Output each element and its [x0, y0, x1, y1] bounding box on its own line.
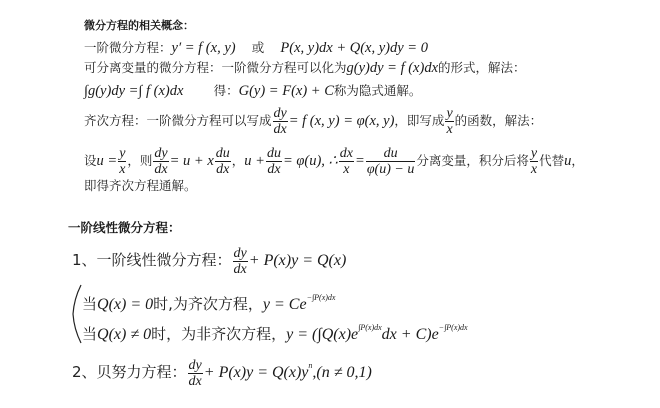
solution-part-b: dx + C)e — [382, 326, 439, 343]
fraction-dx-x: dxx — [339, 146, 354, 177]
exponent: ∫P(x)dx — [358, 323, 382, 332]
homogeneous-ode-line: 齐次方程：一阶微分方程可以写成dydx= f (x, y) = φ(x, y)，… — [84, 106, 542, 137]
step2: u + — [244, 153, 265, 169]
solution: y = Ce — [263, 296, 307, 313]
then-text: ，则 — [127, 153, 152, 168]
tail: 称为隐式通解。 — [334, 83, 422, 98]
equation: y′ = f (x, y) — [172, 40, 236, 56]
separable-ode-line: 可分离变量的微分方程：一阶微分方程可以化为g(y)dy = f (x)dx的形式… — [84, 60, 526, 77]
replace-text: 代替 — [539, 153, 564, 168]
exponent: −∫P(x)dx — [307, 293, 336, 302]
u-eq: u = — [97, 153, 118, 169]
section-title-concepts: 微分方程的相关概念： — [84, 18, 194, 34]
equation: + P(x)y = Q(x) — [249, 252, 347, 269]
when-text: 当 — [82, 295, 97, 313]
separable-solution-line: ∫g(y)dy =∫ f (x)dx 得：G(y) = F(x) + C称为隐式… — [84, 83, 421, 100]
get-text: 得： — [214, 83, 239, 98]
label: 1、一阶线性微分方程： — [72, 251, 232, 269]
fraction-dy-dx: dydx — [233, 246, 248, 277]
separate-text: 分离变量，积分后将 — [416, 153, 529, 168]
tail: 的形式，解法： — [438, 60, 526, 75]
fraction-du-dx: dudx — [215, 146, 231, 177]
fraction-dy-dx: dydx — [153, 146, 168, 177]
exponent: −∫P(x)dx — [439, 323, 468, 332]
fraction-du-phi: duφ(u) − u — [366, 146, 416, 177]
linear-ode-line: 1、一阶线性微分方程：dydx+ P(x)y = Q(x) — [72, 246, 346, 277]
section-title-linear: 一阶线性微分方程： — [68, 220, 181, 236]
first-order-ode-line: 一阶微分方程：y′ = f (x, y) 或 P(x, y)dx + Q(x, … — [84, 40, 428, 57]
step4: = — [355, 153, 365, 169]
integral-equation: ∫g(y)dy =∫ f (x)dx — [84, 83, 183, 99]
condition: ,(n ≠ 0,1) — [312, 364, 371, 381]
label: 2、贝努力方程： — [72, 363, 187, 381]
implicit-solution: G(y) = F(x) + C — [239, 83, 334, 99]
fraction-du-dx: dudx — [266, 146, 282, 177]
fraction-dy-dx: dydx — [273, 106, 288, 137]
case-homogeneous: 当Q(x) = 0时,为齐次方程，y = Ce−∫P(x)dx — [82, 290, 335, 314]
condition: Q(x) = 0 — [97, 296, 153, 313]
homogeneous-method-line: 设u =yx，则dydx= u + xdudx，u +dudx= φ(u), ∴… — [84, 146, 584, 177]
bernoulli-ode-line: 2、贝努力方程：dydx+ P(x)y = Q(x)yn,(n ≠ 0,1) — [72, 358, 372, 389]
set-text: 设 — [84, 153, 97, 168]
left-brace — [72, 284, 82, 344]
condition: Q(x) ≠ 0 — [97, 326, 151, 343]
or-text: 或 — [252, 40, 265, 55]
equation: P(x, y)dx + Q(x, y)dy = 0 — [280, 40, 428, 56]
fraction-y-x: yx — [445, 106, 453, 137]
case-nonhomogeneous: 当Q(x) ≠ 0时，为非齐次方程，y = (∫Q(x)e∫P(x)dxdx +… — [82, 320, 468, 344]
homogeneous-conclusion: 即得齐次方程通解。 — [84, 178, 197, 194]
fraction-y-x: yx — [530, 146, 538, 177]
case-text: 时,为齐次方程， — [153, 295, 263, 313]
step1: = u + x — [170, 153, 214, 169]
tail: 的函数，解法： — [455, 113, 543, 128]
equation: + P(x)y = Q(x)y — [204, 364, 309, 381]
equation: g(y)dy = f (x)dx — [347, 60, 439, 76]
step3: = φ(u), ∴ — [283, 153, 338, 169]
comma: ， — [571, 153, 584, 168]
fraction-y-x: yx — [118, 146, 126, 177]
mid-text: ，即写成 — [394, 113, 444, 128]
case-text: 时，为非齐次方程， — [151, 325, 286, 343]
equation: = f (x, y) = φ(x, y) — [289, 113, 395, 129]
label: 可分离变量的微分方程：一阶微分方程可以化为 — [84, 60, 347, 75]
when-text: 当 — [82, 325, 97, 343]
label: 一阶微分方程： — [84, 40, 172, 55]
label: 齐次方程：一阶微分方程可以写成 — [84, 113, 272, 128]
fraction-dy-dx: dydx — [188, 358, 203, 389]
solution-part-a: y = (∫Q(x)e — [286, 326, 358, 343]
